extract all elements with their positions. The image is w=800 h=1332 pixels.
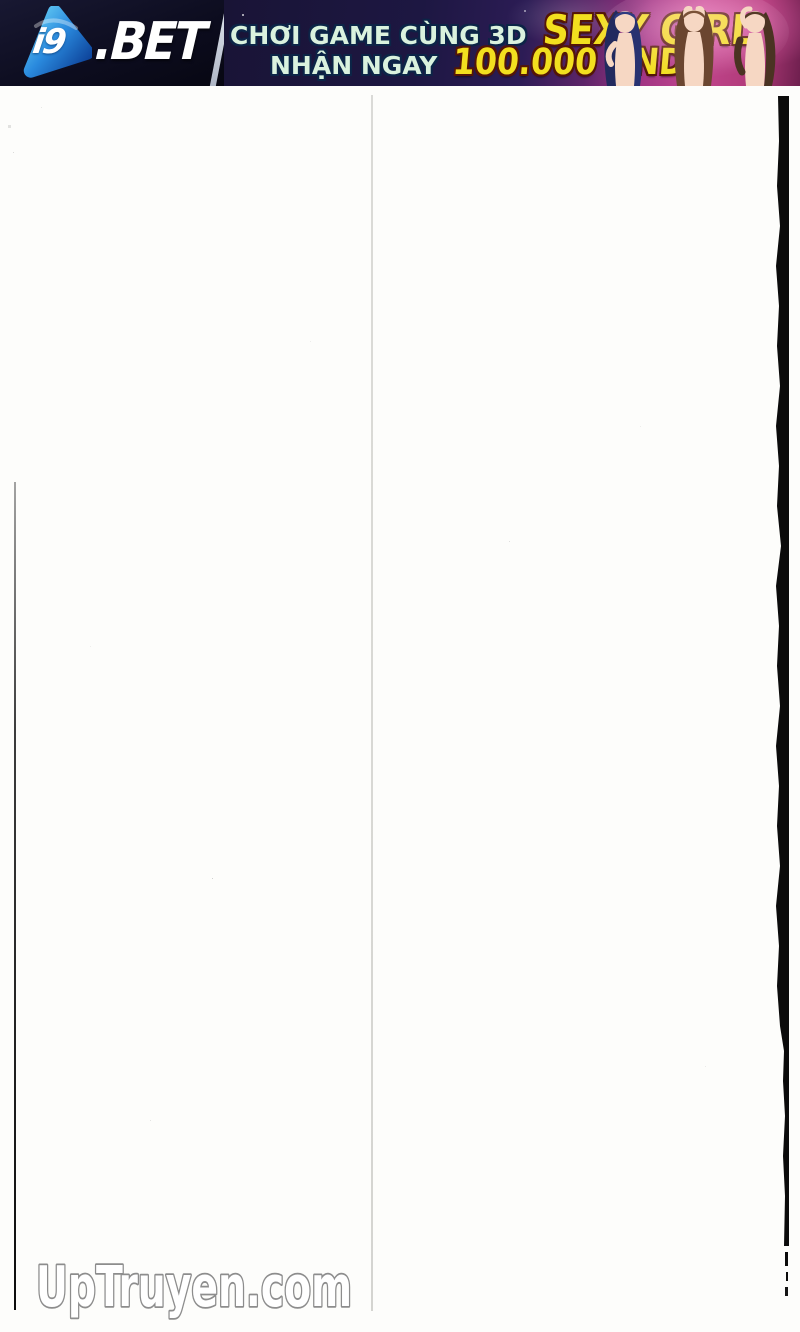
brand-bet-text: .BET xyxy=(88,12,211,72)
ad-promo-section: CHƠI GAME CÙNG 3D SEXY GIRL NHẬN NGAY 10… xyxy=(224,0,800,86)
scan-edge-right xyxy=(776,96,790,1306)
scan-noise xyxy=(0,86,1,87)
ad-banner-i9bet[interactable]: i9 .BET CHƠI GAME CÙNG 3D SEXY GIRL NHẬN… xyxy=(0,0,800,86)
brand-i9-text: i9 xyxy=(30,22,67,62)
girl-brown-hair xyxy=(675,6,714,86)
anime-girls-illustration xyxy=(588,0,800,86)
watermark-text: UpTruyen.com xyxy=(36,1255,352,1320)
girl-navy-hair xyxy=(604,10,642,86)
banner-divider xyxy=(208,0,224,86)
panel-line-middle xyxy=(371,95,373,1311)
ad-brand-section: i9 .BET xyxy=(0,0,224,86)
promo-line2-text: NHẬN NGAY xyxy=(270,51,437,80)
manga-reader-screen: i9 .BET CHƠI GAME CÙNG 3D SEXY GIRL NHẬN… xyxy=(0,0,800,1332)
scan-edge-left xyxy=(14,482,16,1310)
watermark: UpTruyen.com xyxy=(30,1248,360,1332)
manga-page: UpTruyen.com xyxy=(0,86,800,1332)
